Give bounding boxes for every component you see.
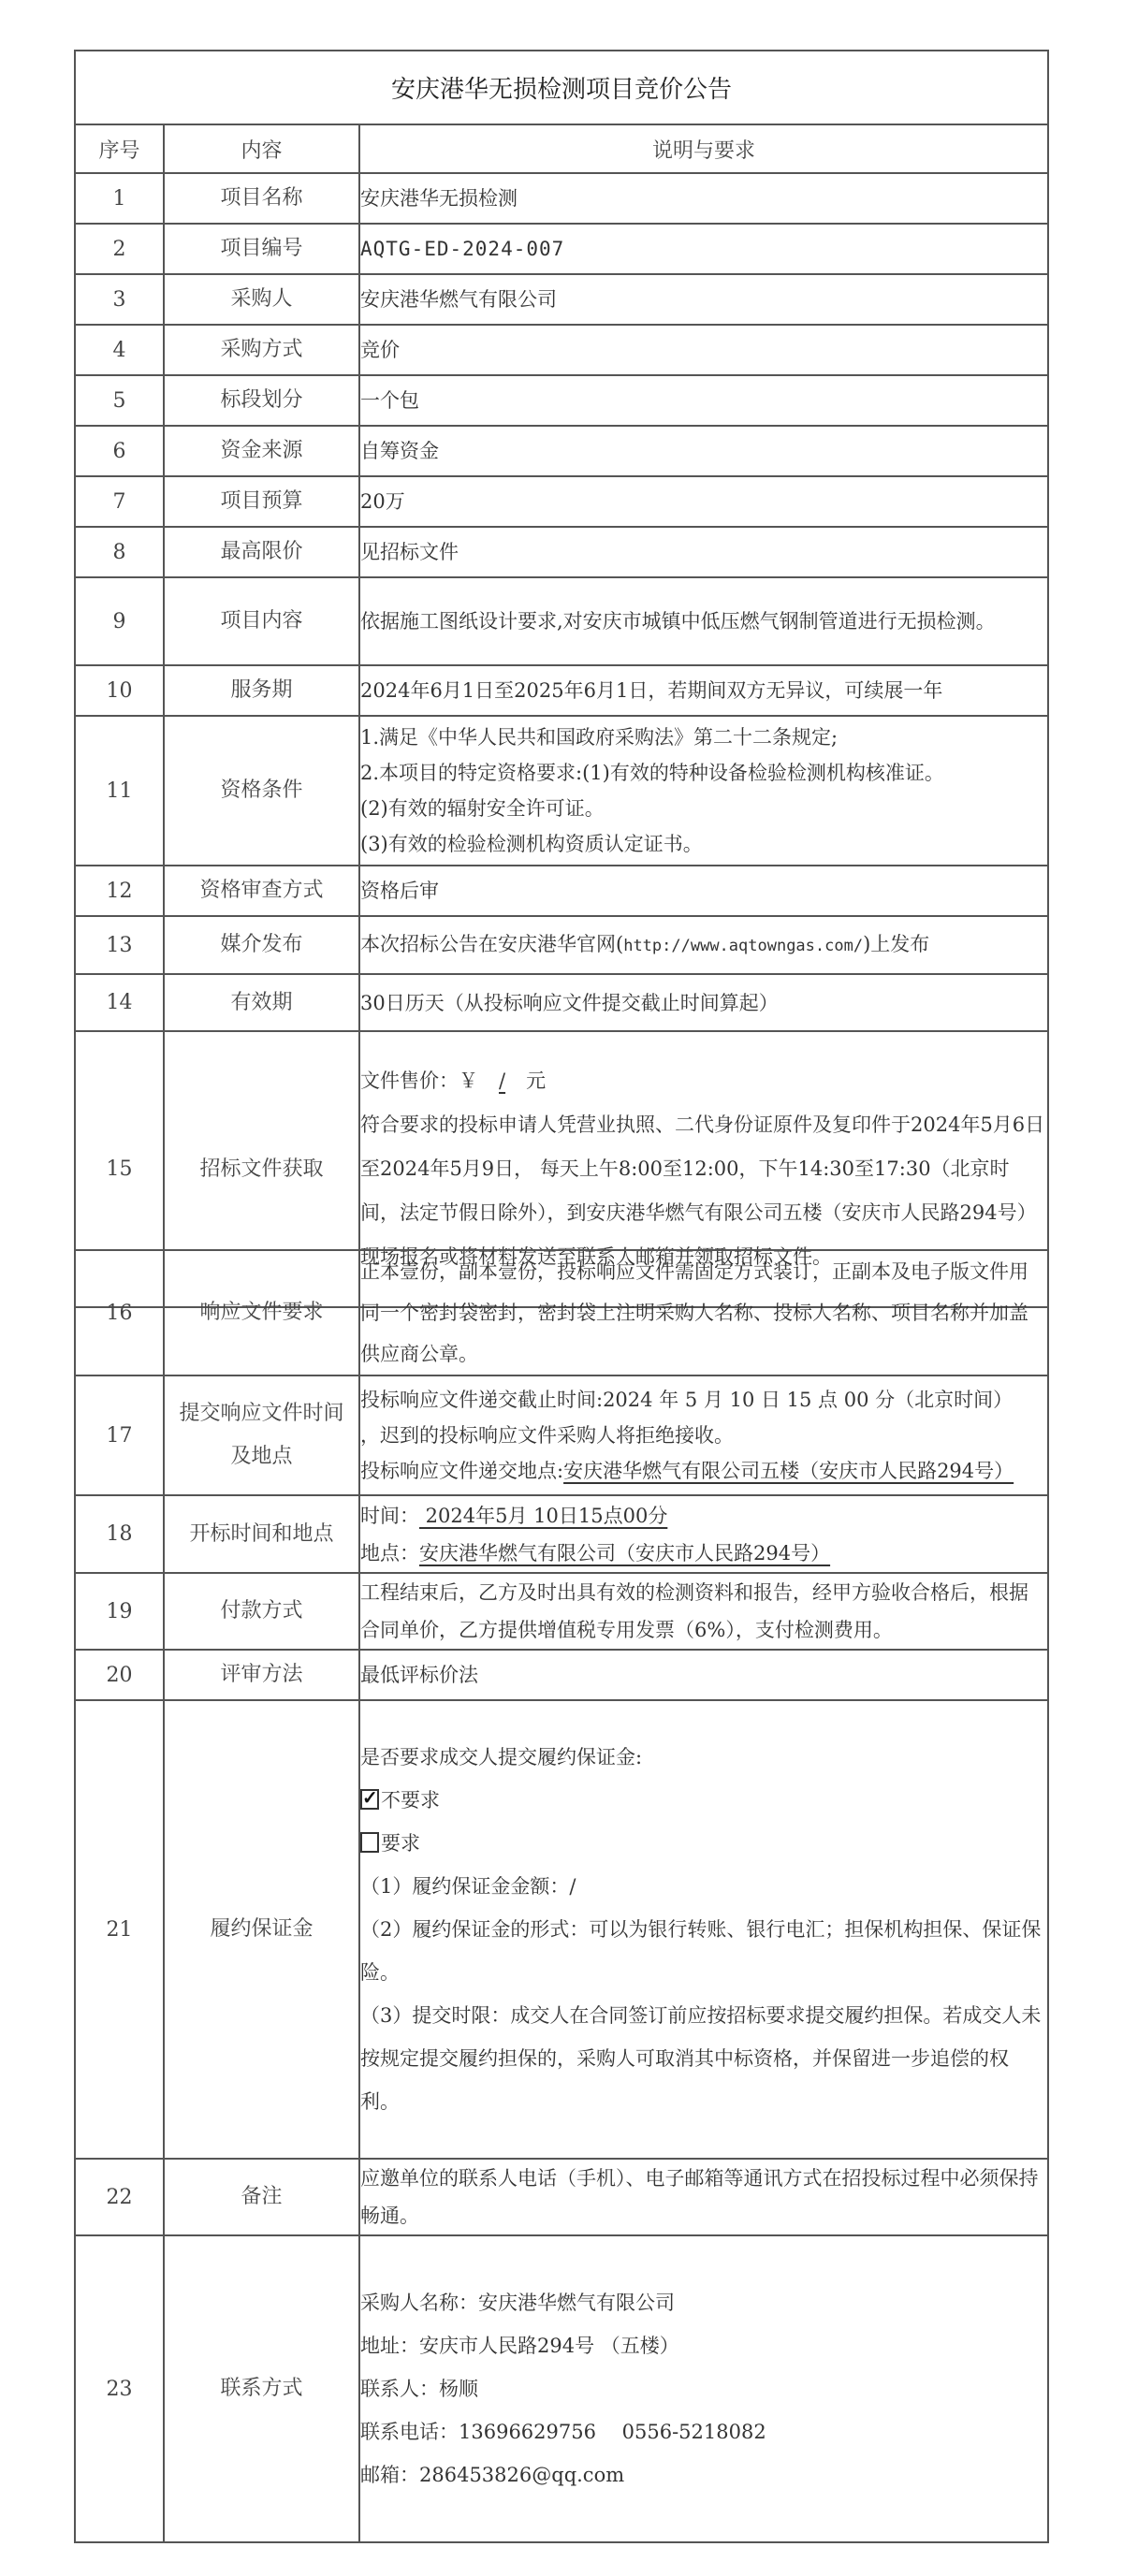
notice-table-part-1: 安庆港华无损检测项目竞价公告 序号 内容 说明与要求 1 项目名称 安庆港华无损… <box>74 50 1049 1308</box>
website-link[interactable]: http://www.aqtowngas.com/ <box>623 937 863 955</box>
row-label: 项目编号 <box>164 224 359 274</box>
row-label: 响应文件要求 <box>164 1250 359 1375</box>
price-value: / <box>478 1070 526 1092</box>
row-label: 提交响应文件时间及地点 <box>164 1375 359 1495</box>
row-num: 5 <box>75 375 164 426</box>
row-label: 采购人 <box>164 274 359 325</box>
row-label: 项目名称 <box>164 173 359 224</box>
row-desc: 自筹资金 <box>359 426 1048 476</box>
row-num: 21 <box>75 1700 164 2159</box>
bond-question: 是否要求成交人提交履约保证金: <box>360 1736 1047 1779</box>
row-desc: 本次招标公告在安庆港华官网(http://www.aqtowngas.com/)… <box>359 916 1048 974</box>
row-label: 备注 <box>164 2159 359 2235</box>
row-num: 16 <box>75 1250 164 1375</box>
table-row: 19 付款方式 工程结束后，乙方及时出具有效的检测资料和报告，经甲方验收合格后，… <box>75 1573 1048 1650</box>
place-prefix: 投标响应文件递交地点: <box>360 1460 563 1482</box>
table-row: 4 采购方式 竞价 <box>75 325 1048 375</box>
row-desc: 安庆港华燃气有限公司 <box>359 274 1048 325</box>
option-not-required[interactable]: 不要求 <box>360 1779 1047 1822</box>
row-desc: 一个包 <box>359 375 1048 426</box>
row-label: 开标时间和地点 <box>164 1495 359 1573</box>
media-text-suffix: )上发布 <box>863 933 929 955</box>
row-label: 资格条件 <box>164 716 359 866</box>
row-num: 12 <box>75 866 164 916</box>
row-label: 资金来源 <box>164 426 359 476</box>
opening-place: 地点：安庆港华燃气有限公司（安庆市人民路294号） <box>360 1535 1047 1572</box>
row-label: 项目预算 <box>164 476 359 527</box>
row-num: 22 <box>75 2159 164 2235</box>
row-num: 10 <box>75 665 164 716</box>
checkbox-unchecked-icon[interactable] <box>360 1832 379 1853</box>
row-num: 7 <box>75 476 164 527</box>
checkbox-checked-icon[interactable] <box>360 1789 379 1810</box>
table-row: 7 项目预算 20万 <box>75 476 1048 527</box>
row-num: 11 <box>75 716 164 866</box>
table-row: 6 资金来源 自筹资金 <box>75 426 1048 476</box>
option-label: 不要求 <box>381 1789 440 1812</box>
price-suffix: 元 <box>526 1070 546 1092</box>
table-row: 18 开标时间和地点 时间： 2024年5月 10日15点00分 地点：安庆港华… <box>75 1495 1048 1573</box>
row-desc: 采购人名称：安庆港华燃气有限公司 地址：安庆市人民路294号 （五楼） 联系人：… <box>359 2235 1048 2542</box>
option-label: 要求 <box>381 1832 420 1855</box>
deadline-text: 投标响应文件递交截止时间:2024 年 5 月 10 日 15 点 00 分（北… <box>360 1384 1047 1416</box>
row-label: 服务期 <box>164 665 359 716</box>
row-desc: 安庆港华无损检测 <box>359 173 1048 224</box>
row-num: 13 <box>75 916 164 974</box>
document-title: 安庆港华无损检测项目竞价公告 <box>75 51 1048 124</box>
row-desc: 最低评标价法 <box>359 1650 1048 1700</box>
table-row: 16 响应文件要求 正本壹份，副本壹份，投标响应文件需固定方式装订，正副本及电子… <box>75 1250 1048 1375</box>
row-label: 采购方式 <box>164 325 359 375</box>
row-label: 履约保证金 <box>164 1700 359 2159</box>
row-desc: AQTG-ED-2024-007 <box>359 224 1048 274</box>
title-row: 安庆港华无损检测项目竞价公告 <box>75 51 1048 124</box>
table-row: 2 项目编号 AQTG-ED-2024-007 <box>75 224 1048 274</box>
row-desc: 正本壹份，副本壹份，投标响应文件需固定方式装订，正副本及电子版文件用同一个密封袋… <box>359 1250 1048 1375</box>
qualification-line: 1.满足《中华人民共和国政府采购法》第二十二条规定; <box>360 720 1047 755</box>
row-desc: 30日历天（从投标响应文件提交截止时间算起） <box>359 974 1048 1031</box>
row-label: 联系方式 <box>164 2235 359 2542</box>
row-desc: 20万 <box>359 476 1048 527</box>
row-desc: 应邀单位的联系人电话（手机）、电子邮箱等通讯方式在招投标过程中必须保持畅通。 <box>359 2159 1048 2235</box>
place-value: 安庆港华燃气有限公司（安庆市人民路294号） <box>419 1542 830 1565</box>
header-desc: 说明与要求 <box>359 124 1048 173</box>
header-num: 序号 <box>75 124 164 173</box>
row-desc: 竞价 <box>359 325 1048 375</box>
row-num: 19 <box>75 1573 164 1650</box>
bond-item: （3）提交时限：成交人在合同签订前应按招标要求提交履约担保。若成交人未按规定提交… <box>360 1994 1047 2123</box>
row-desc: 2024年6月1日至2025年6月1日，若期间双方无异议，可续展一年 <box>359 665 1048 716</box>
row-label: 付款方式 <box>164 1573 359 1650</box>
row-desc: 是否要求成交人提交履约保证金: 不要求 要求 （1）履约保证金金额：/ （2）履… <box>359 1700 1048 2159</box>
row-num: 6 <box>75 426 164 476</box>
place-prefix: 地点： <box>360 1542 419 1565</box>
row-desc: 投标响应文件递交截止时间:2024 年 5 月 10 日 15 点 00 分（北… <box>359 1375 1048 1495</box>
place-value: 安庆港华燃气有限公司五楼（安庆市人民路294号） <box>563 1460 1014 1482</box>
row-desc: 工程结束后，乙方及时出具有效的检测资料和报告，经甲方验收合格后，根据合同单价，乙… <box>359 1573 1048 1650</box>
row-label: 最高限价 <box>164 527 359 577</box>
table-row: 21 履约保证金 是否要求成交人提交履约保证金: 不要求 要求 （1）履约保证金… <box>75 1700 1048 2159</box>
row-desc: 见招标文件 <box>359 527 1048 577</box>
price-prefix: 文件售价：￥ <box>360 1070 478 1092</box>
qualification-line: (2)有效的辐射安全许可证。 <box>360 791 1047 826</box>
row-num: 1 <box>75 173 164 224</box>
row-label: 媒介发布 <box>164 916 359 974</box>
row-label: 标段划分 <box>164 375 359 426</box>
row-desc: 时间： 2024年5月 10日15点00分 地点：安庆港华燃气有限公司（安庆市人… <box>359 1495 1048 1573</box>
qualification-line: 2.本项目的特定资格要求:(1)有效的特种设备检验检测机构核准证。 <box>360 755 1047 791</box>
row-label: 资格审查方式 <box>164 866 359 916</box>
table-row: 5 标段划分 一个包 <box>75 375 1048 426</box>
table-row: 3 采购人 安庆港华燃气有限公司 <box>75 274 1048 325</box>
row-num: 8 <box>75 527 164 577</box>
row-num: 3 <box>75 274 164 325</box>
table-row: 20 评审方法 最低评标价法 <box>75 1650 1048 1700</box>
row-label: 评审方法 <box>164 1650 359 1700</box>
contact-address: 地址：安庆市人民路294号 （五楼） <box>360 2324 1047 2367</box>
contact-phone: 联系电话：13696629756 0556-5218082 <box>360 2410 1047 2453</box>
table-row: 11 资格条件 1.满足《中华人民共和国政府采购法》第二十二条规定; 2.本项目… <box>75 716 1048 866</box>
time-prefix: 时间： <box>360 1505 419 1527</box>
row-num: 23 <box>75 2235 164 2542</box>
row-num: 9 <box>75 577 164 665</box>
option-required[interactable]: 要求 <box>360 1822 1047 1865</box>
row-label: 项目内容 <box>164 577 359 665</box>
row-desc: 资格后审 <box>359 866 1048 916</box>
table-row: 22 备注 应邀单位的联系人电话（手机）、电子邮箱等通讯方式在招投标过程中必须保… <box>75 2159 1048 2235</box>
row-desc: 依据施工图纸设计要求,对安庆市城镇中低压燃气钢制管道进行无损检测。 <box>359 577 1048 665</box>
media-text: 本次招标公告在安庆港华官网( <box>360 933 623 955</box>
table-row: 8 最高限价 见招标文件 <box>75 527 1048 577</box>
submission-place: 投标响应文件递交地点:安庆港华燃气有限公司五楼（安庆市人民路294号） <box>360 1455 1047 1487</box>
row-num: 20 <box>75 1650 164 1700</box>
table-row: 12 资格审查方式 资格后审 <box>75 866 1048 916</box>
late-note: ，迟到的投标响应文件采购人将拒绝接收。 <box>360 1419 1047 1451</box>
table-row: 13 媒介发布 本次招标公告在安庆港华官网(http://www.aqtowng… <box>75 916 1048 974</box>
row-num: 17 <box>75 1375 164 1495</box>
row-num: 2 <box>75 224 164 274</box>
bond-item: （2）履约保证金的形式：可以为银行转账、银行电汇；担保机构担保、保证保险。 <box>360 1908 1047 1994</box>
bond-item: （1）履约保证金金额：/ <box>360 1865 1047 1908</box>
table-row: 1 项目名称 安庆港华无损检测 <box>75 173 1048 224</box>
row-label: 有效期 <box>164 974 359 1031</box>
header-content: 内容 <box>164 124 359 173</box>
contact-person: 联系人：杨顺 <box>360 2367 1047 2410</box>
row-desc: 1.满足《中华人民共和国政府采购法》第二十二条规定; 2.本项目的特定资格要求:… <box>359 716 1048 866</box>
row-num: 14 <box>75 974 164 1031</box>
qualification-line: (3)有效的检验检测机构资质认定证书。 <box>360 826 1047 862</box>
time-value: 2024年5月 10日15点00分 <box>419 1505 667 1527</box>
table-row: 14 有效期 30日历天（从投标响应文件提交截止时间算起） <box>75 974 1048 1031</box>
row-num: 18 <box>75 1495 164 1573</box>
table-row: 23 联系方式 采购人名称：安庆港华燃气有限公司 地址：安庆市人民路294号 （… <box>75 2235 1048 2542</box>
price-line: 文件售价：￥/元 <box>360 1059 1047 1103</box>
notice-table-part-2: 16 响应文件要求 正本壹份，副本壹份，投标响应文件需固定方式装订，正副本及电子… <box>74 1249 1049 2543</box>
table-row: 17 提交响应文件时间及地点 投标响应文件递交截止时间:2024 年 5 月 1… <box>75 1375 1048 1495</box>
header-row: 序号 内容 说明与要求 <box>75 124 1048 173</box>
row-num: 4 <box>75 325 164 375</box>
contact-email: 邮箱：286453826@qq.com <box>360 2453 1047 2496</box>
contact-purchaser: 采购人名称：安庆港华燃气有限公司 <box>360 2281 1047 2324</box>
table-row: 9 项目内容 依据施工图纸设计要求,对安庆市城镇中低压燃气钢制管道进行无损检测。 <box>75 577 1048 665</box>
opening-time: 时间： 2024年5月 10日15点00分 <box>360 1497 1047 1535</box>
table-row: 10 服务期 2024年6月1日至2025年6月1日，若期间双方无异议，可续展一… <box>75 665 1048 716</box>
